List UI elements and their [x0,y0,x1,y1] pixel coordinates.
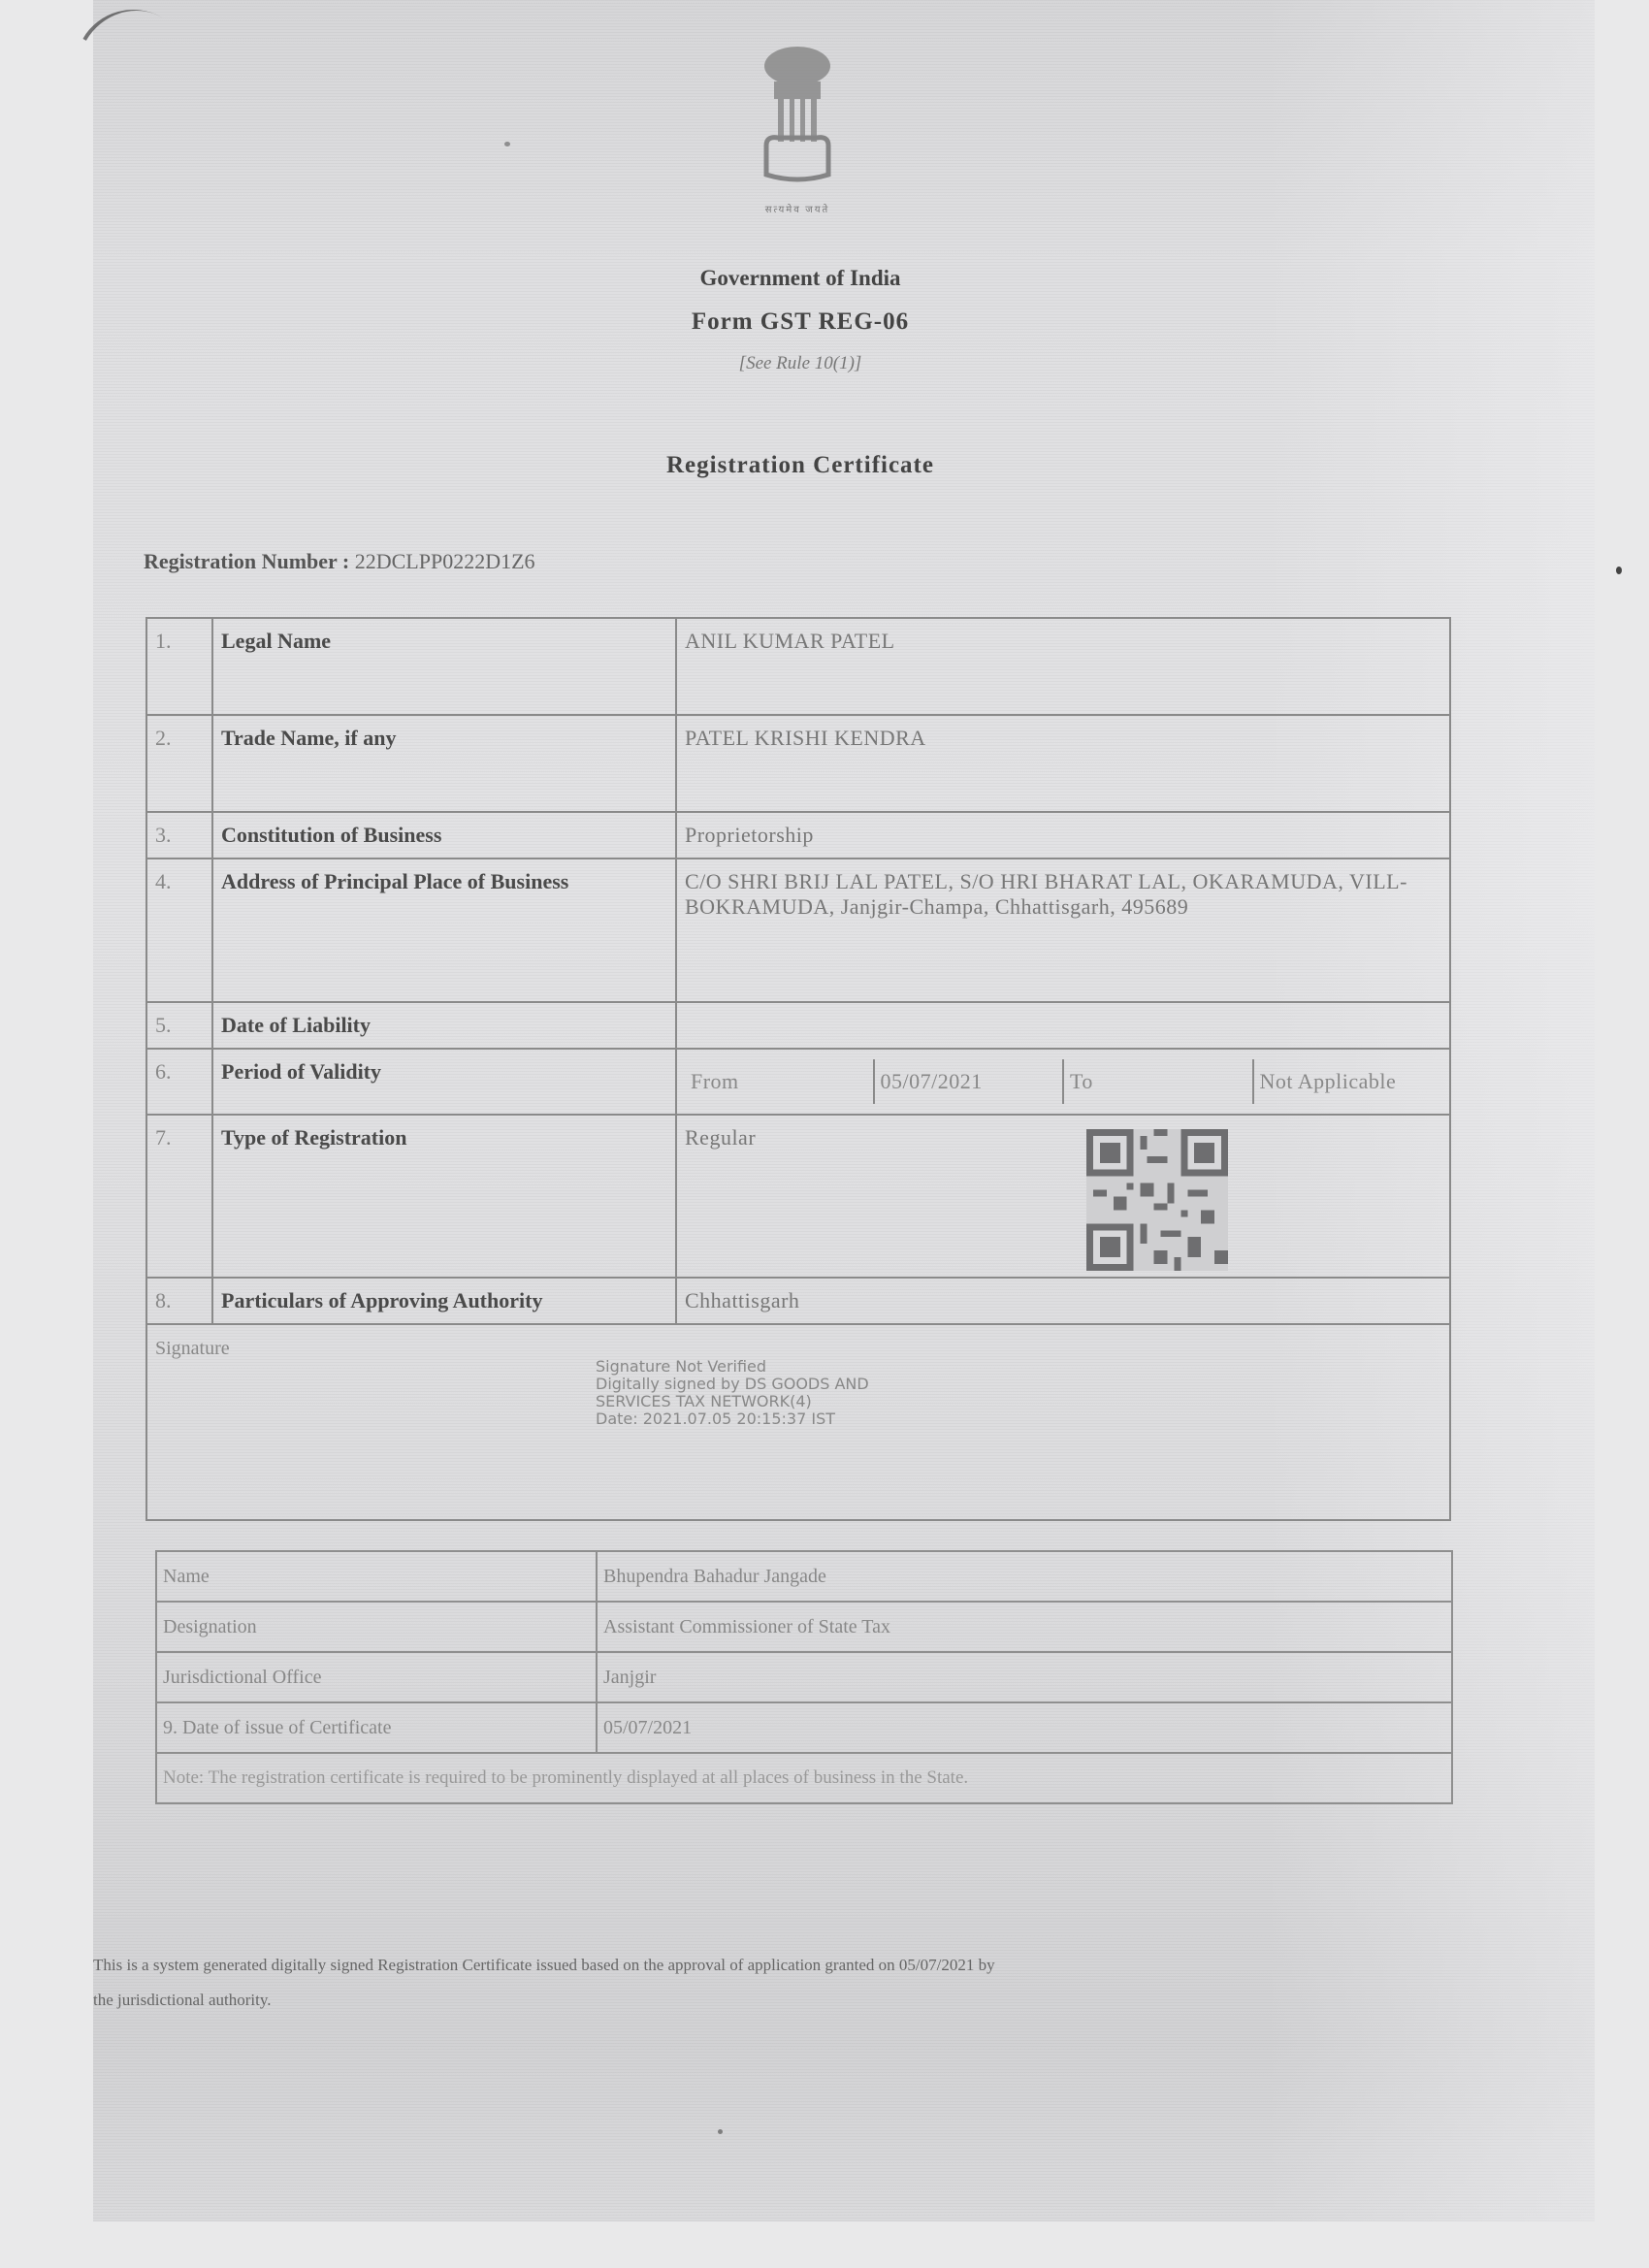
constitution-value: Proprietorship [676,812,1450,859]
officer-field-label: Name [156,1551,597,1602]
row-number: 1. [146,618,212,715]
table-row: 7. Type of Registration Regular [146,1115,1450,1278]
signature-label: Signature [155,1338,230,1359]
validity-cell: From 05/07/2021 To Not Applicable [676,1049,1450,1115]
signed-by-line-2: SERVICES TAX NETWORK(4) [596,1393,869,1410]
officer-details-table: Name Bhupendra Bahadur Jangade Designati… [155,1550,1453,1804]
row-label: Particulars of Approving Authority [212,1278,676,1324]
row-number: 4. [146,859,212,1002]
emblem-caption: सत्यमेव जयते [747,202,848,215]
form-number: Form GST REG-06 [0,308,1600,336]
legal-name-value: ANIL KUMAR PATEL [676,618,1450,715]
validity-from-label: From [685,1059,875,1104]
rule-reference: [See Rule 10(1)] [0,353,1600,374]
signature-row: Signature Signature Not Verified Digital… [146,1324,1450,1520]
scan-speck [1616,567,1622,574]
footer-line-1: This is a system generated digitally sig… [93,1948,1519,1983]
government-heading: Government of India [0,266,1600,291]
row-label: Address of Principal Place of Business [212,859,676,1002]
table-row: 4. Address of Principal Place of Busines… [146,859,1450,1002]
row-number: 8. [146,1278,212,1324]
signed-by-line-1: Digitally signed by DS GOODS AND [596,1376,869,1393]
display-note: Note: The registration certificate is re… [156,1753,1452,1803]
validity-to-date: Not Applicable [1254,1059,1442,1104]
officer-field-label: 9. Date of issue of Certificate [156,1702,597,1753]
table-row: 9. Date of issue of Certificate 05/07/20… [156,1702,1452,1753]
table-row: 3. Constitution of Business Proprietorsh… [146,812,1450,859]
row-label: Type of Registration [212,1115,676,1278]
trade-name-value: PATEL KRISHI KENDRA [676,715,1450,812]
officer-field-label: Jurisdictional Office [156,1652,597,1702]
table-row: Name Bhupendra Bahadur Jangade [156,1551,1452,1602]
certificate-title: Registration Certificate [0,452,1600,479]
officer-field-label: Designation [156,1602,597,1652]
row-number: 5. [146,1002,212,1049]
validity-from-date: 05/07/2021 [875,1059,1065,1104]
registration-type-cell: Regular [676,1115,1450,1278]
table-row: 1. Legal Name ANIL KUMAR PATEL [146,618,1450,715]
table-row: Designation Assistant Commissioner of St… [156,1602,1452,1652]
row-label: Period of Validity [212,1049,676,1115]
note-row: Note: The registration certificate is re… [156,1753,1452,1803]
registration-number-label: Registration Number : [144,549,349,573]
signature-status: Signature Not Verified [596,1358,869,1376]
date-of-issue-value: 05/07/2021 [597,1702,1452,1753]
address-value: C/O SHRI BRIJ LAL PATEL, S/O HRI BHARAT … [676,859,1450,1002]
scan-speck [504,142,510,146]
national-emblem-icon [749,39,846,184]
row-label: Trade Name, if any [212,715,676,812]
footer-line-2: the jurisdictional authority. [93,1983,1519,2018]
officer-designation-value: Assistant Commissioner of State Tax [597,1602,1452,1652]
approving-authority-value: Chhattisgarh [676,1278,1450,1324]
registration-type-value: Regular [685,1125,756,1150]
row-number: 6. [146,1049,212,1115]
digital-signature-block: Signature Not Verified Digitally signed … [596,1358,869,1428]
registration-number: Registration Number : 22DCLPP0222D1Z6 [144,549,535,574]
row-number: 2. [146,715,212,812]
scan-speck [718,2129,723,2134]
table-row: Jurisdictional Office Janjgir [156,1652,1452,1702]
registration-number-value: 22DCLPP0222D1Z6 [355,549,535,573]
row-number: 7. [146,1115,212,1278]
jurisdictional-office-value: Janjgir [597,1652,1452,1702]
row-label: Date of Liability [212,1002,676,1049]
date-of-liability-value [676,1002,1450,1049]
table-row: 8. Particulars of Approving Authority Ch… [146,1278,1450,1324]
row-number: 3. [146,812,212,859]
row-label: Legal Name [212,618,676,715]
validity-to-label: To [1064,1059,1254,1104]
registration-details-table: 1. Legal Name ANIL KUMAR PATEL 2. Trade … [145,617,1451,1521]
table-row: 6. Period of Validity From 05/07/2021 To… [146,1049,1450,1115]
table-row: 5. Date of Liability [146,1002,1450,1049]
officer-name-value: Bhupendra Bahadur Jangade [597,1551,1452,1602]
qr-code-icon [1086,1129,1228,1271]
table-row: 2. Trade Name, if any PATEL KRISHI KENDR… [146,715,1450,812]
signature-date: Date: 2021.07.05 20:15:37 IST [596,1410,869,1428]
system-generated-footer: This is a system generated digitally sig… [93,1948,1519,2018]
signature-cell: Signature Signature Not Verified Digital… [146,1324,1450,1520]
row-label: Constitution of Business [212,812,676,859]
